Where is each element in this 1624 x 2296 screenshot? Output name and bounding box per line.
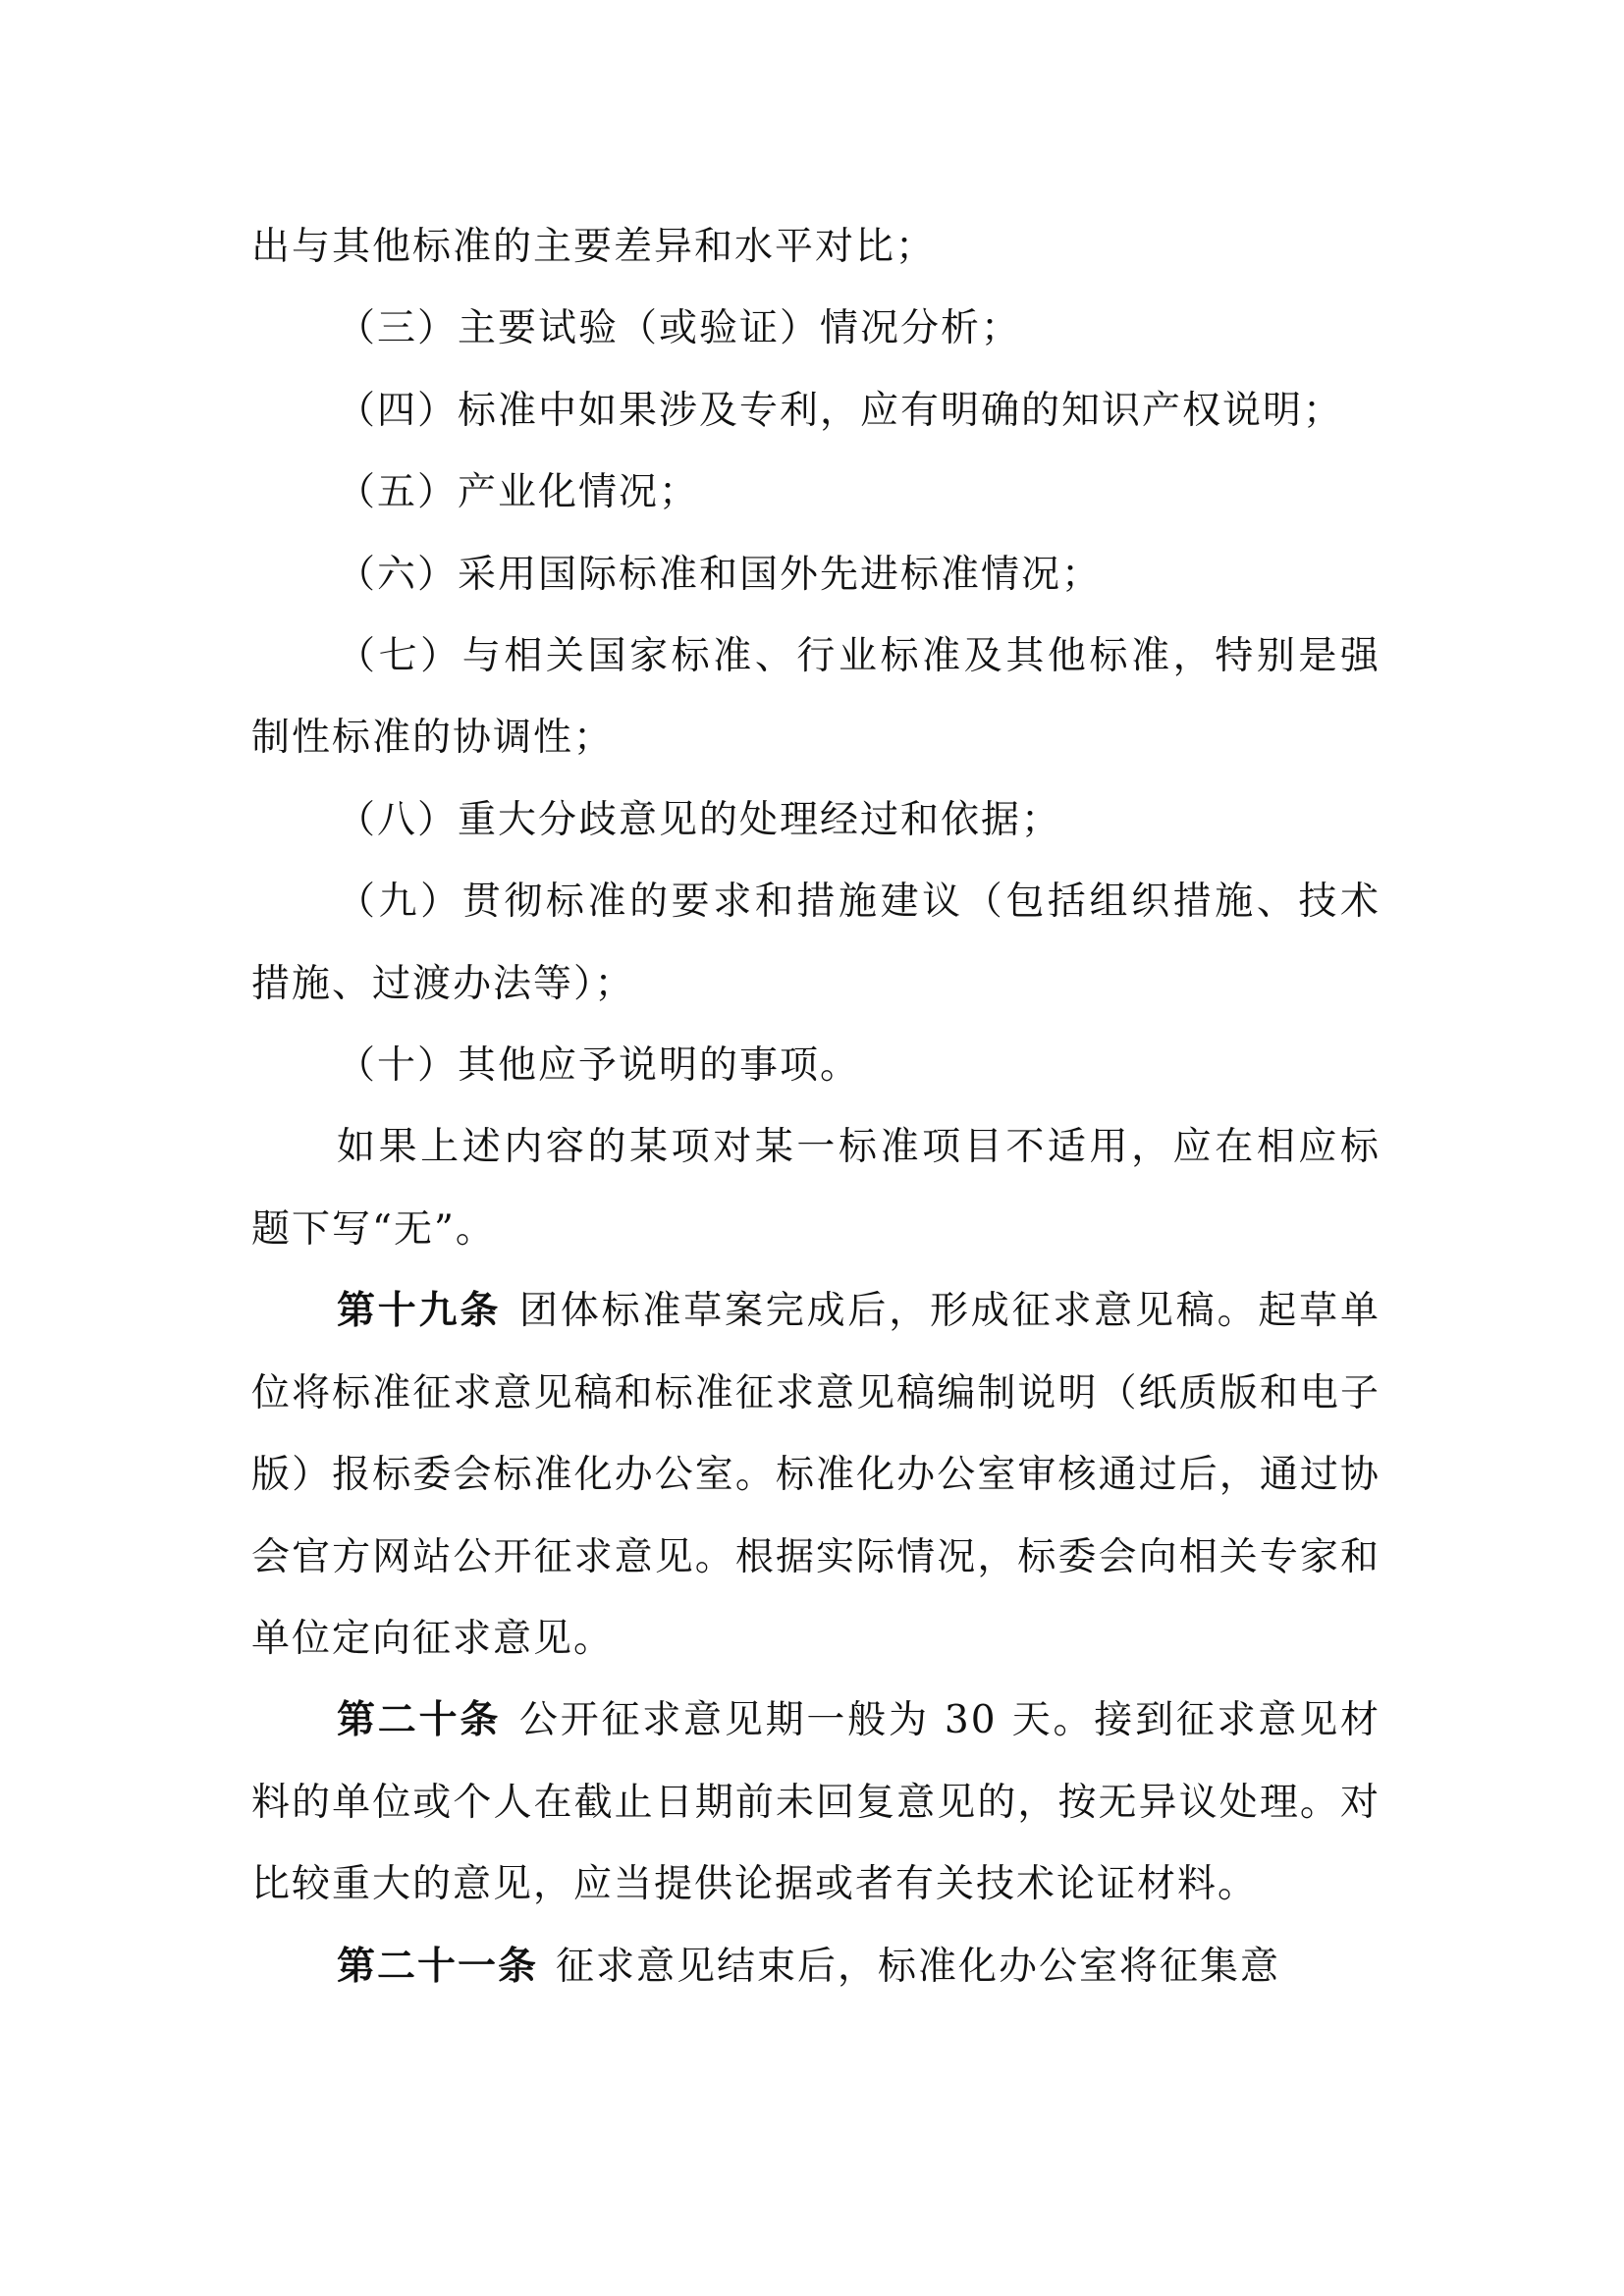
document-page: 出与其他标准的主要差异和水平对比； （三）主要试验（或验证）情况分析； （四）标… [251, 206, 1380, 2007]
article-20-number: 第二十条 [337, 1697, 501, 1742]
paragraph-item-6: （六）采用国际标准和国外先进标准情况； [251, 534, 1380, 615]
article-21-number: 第二十一条 [337, 1944, 538, 1989]
article-21-text: 征求意见结束后，标准化办公室将征集意 [556, 1945, 1280, 1989]
paragraph-item-3: （三）主要试验（或验证）情况分析； [251, 288, 1380, 369]
paragraph-item-10: （十）其他应予说明的事项。 [251, 1025, 1380, 1106]
paragraph-item-9: （九）贯彻标准的要求和措施建议（包括组织措施、技术措施、过渡办法等）； [251, 861, 1380, 1025]
paragraph-comparison-continued: 出与其他标准的主要差异和水平对比； [251, 206, 1380, 288]
article-19-text: 团体标准草案完成后，形成征求意见稿。起草单位将标准征求意见稿和标准征求意见稿编制… [251, 1289, 1380, 1661]
article-19: 第十九条团体标准草案完成后，形成征求意见稿。起草单位将标准征求意见稿和标准征求意… [251, 1270, 1380, 1680]
paragraph-not-applicable-note: 如果上述内容的某项对某一标准项目不适用，应在相应标题下写“无”。 [251, 1106, 1380, 1270]
article-21: 第二十一条征求意见结束后，标准化办公室将征集意 [251, 1926, 1380, 2007]
paragraph-item-4: （四）标准中如果涉及专利，应有明确的知识产权说明； [251, 370, 1380, 452]
article-19-number: 第十九条 [337, 1288, 501, 1333]
article-20: 第二十条公开征求意见期一般为 30 天。接到征求意见材料的单位或个人在截止日期前… [251, 1680, 1380, 1925]
paragraph-item-8: （八）重大分歧意见的处理经过和依据； [251, 779, 1380, 861]
paragraph-item-7: （七）与相关国家标准、行业标准及其他标准，特别是强制性标准的协调性； [251, 615, 1380, 779]
paragraph-item-5: （五）产业化情况； [251, 452, 1380, 533]
